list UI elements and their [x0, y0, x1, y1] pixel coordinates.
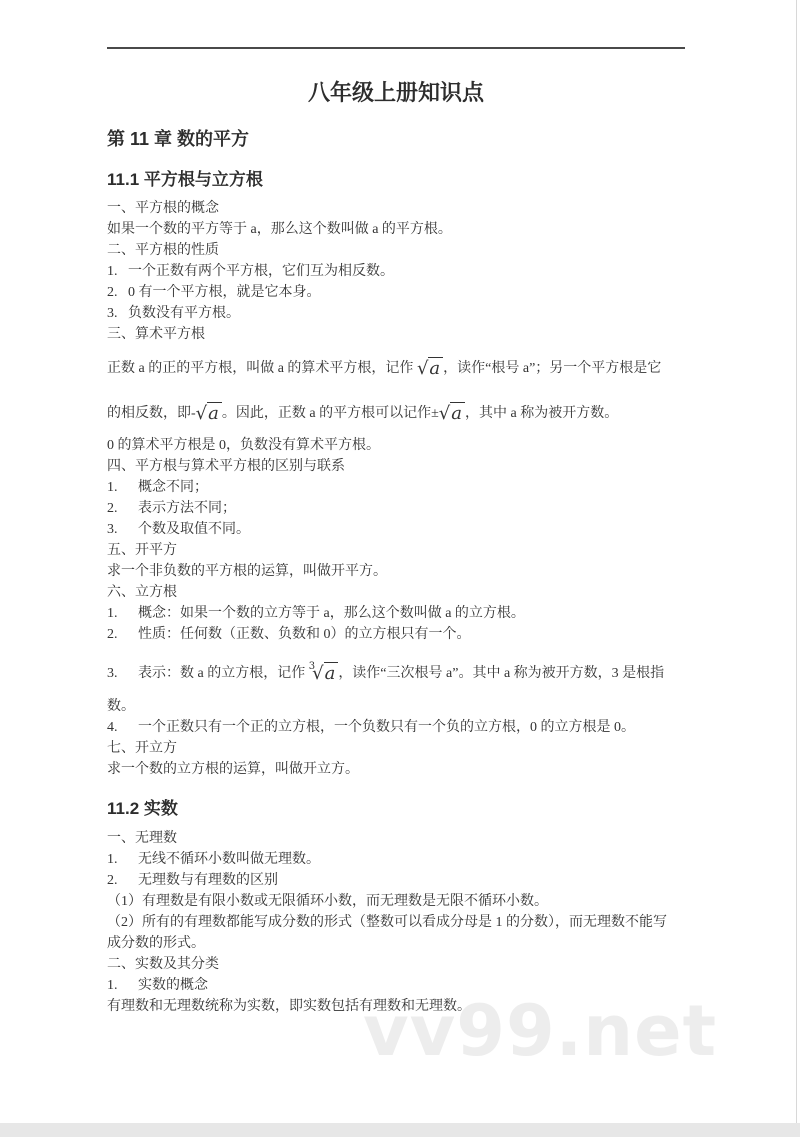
text-line: 四、平方根与算术平方根的区别与联系	[107, 456, 685, 477]
text-segment: ，读作“根号 a”；另一个平方根是它	[443, 361, 661, 376]
text-line: 2.性质：任何数（正数、负数和 0）的立方根只有一个。	[107, 624, 685, 645]
text-line: （2）所有的有理数都能写成分数的形式（整数可以看成分母是 1 的分数），而无理数…	[107, 912, 685, 933]
text-line: （1）有理数是有限小数或无限循环小数，而无理数是无限不循环小数。	[107, 891, 685, 912]
cube-root-formula: 3√a	[309, 663, 339, 684]
text-segment: 如果一个数的平方等于 a，那么这个数叫做 a 的平方根。	[107, 222, 452, 237]
text-line: 一、无理数	[107, 828, 685, 849]
radicand: a	[207, 402, 222, 424]
text-segment: 三、算术平方根	[107, 327, 205, 342]
text-segment: 负数没有平方根。	[128, 306, 240, 321]
text-segment: （2）所有的有理数都能写成分数的形式（整数可以看成分母是 1 的分数），而无理数…	[107, 915, 667, 930]
text-line: 五、开平方	[107, 540, 685, 561]
text-segment: 成分数的形式。	[107, 936, 205, 951]
text-line: 三、算术平方根	[107, 324, 685, 345]
chapter-heading: 第 11 章 数的平方	[107, 128, 685, 151]
text-line: 1.实数的概念	[107, 975, 685, 996]
text-segment: 有理数和无理数统称为实数，即实数包括有理数和无理数。	[107, 999, 471, 1014]
text-segment: 五、开平方	[107, 543, 177, 558]
section-11-1-body: 一、平方根的概念如果一个数的平方等于 a，那么这个数叫做 a 的平方根。二、平方…	[107, 198, 685, 780]
square-root-formula: √a	[439, 402, 465, 424]
list-number: 3.	[107, 303, 128, 324]
text-line: 0 的算术平方根是 0，负数没有算术平方根。	[107, 435, 685, 456]
section-heading-11-1: 11.1 平方根与立方根	[107, 169, 685, 191]
text-segment: 表示方法不同；	[138, 501, 236, 516]
page-title: 八年级上册知识点	[107, 79, 685, 106]
text-segment: 性质：任何数（正数、负数和 0）的立方根只有一个。	[138, 627, 471, 642]
text-segment: 。因此，正数 a 的平方根可以记作±	[222, 406, 439, 421]
text-segment: 无线不循环小数叫做无理数。	[138, 852, 320, 867]
text-line: 4.一个正数只有一个正的立方根，一个负数只有一个负的立方根，0 的立方根是 0。	[107, 717, 685, 738]
list-number: 1.	[107, 603, 138, 624]
text-segment: 一、无理数	[107, 831, 177, 846]
list-number: 1.	[107, 477, 138, 498]
text-segment: 一个正数有两个平方根，它们互为相反数。	[128, 264, 394, 279]
radical-icon: √	[439, 403, 450, 424]
text-line: 求一个数的立方根的运算，叫做开立方。	[107, 759, 685, 780]
list-number: 3.	[107, 652, 138, 696]
text-segment: 二、实数及其分类	[107, 957, 219, 972]
footer-strip	[0, 1123, 800, 1137]
text-line: 正数 a 的正的平方根，叫做 a 的算术平方根，记作 √a，读作“根号 a”；另…	[107, 348, 685, 390]
text-segment: 求一个数的立方根的运算，叫做开立方。	[107, 762, 359, 777]
text-segment: 七、开立方	[107, 741, 177, 756]
text-line: 2.表示方法不同；	[107, 498, 685, 519]
text-line: 六、立方根	[107, 582, 685, 603]
list-number: 2.	[107, 870, 138, 891]
text-line: 1.概念不同；	[107, 477, 685, 498]
text-line: 数。	[107, 696, 685, 717]
text-line: 3.表示：数 a 的立方根，记作 3√a，读作“三次根号 a”。其中 a 称为被…	[107, 648, 685, 696]
radical-icon: √	[196, 403, 207, 424]
text-line: 求一个非负数的平方根的运算，叫做开平方。	[107, 561, 685, 582]
list-number: 2.	[107, 498, 138, 519]
page-right-edge	[796, 0, 797, 1123]
document-page: vv99.net 八年级上册知识点 第 11 章 数的平方 11.1 平方根与立…	[0, 0, 800, 1137]
text-segment: 概念：如果一个数的立方等于 a，那么这个数叫做 a 的立方根。	[138, 606, 525, 621]
text-line: 二、平方根的性质	[107, 240, 685, 261]
radical-icon: √	[417, 358, 428, 379]
list-number: 3.	[107, 519, 138, 540]
text-segment: 表示：数 a 的立方根，记作	[138, 666, 309, 681]
text-line: 成分数的形式。	[107, 933, 685, 954]
square-root-formula: √a	[417, 357, 443, 379]
text-segment: （1）有理数是有限小数或无限循环小数，而无理数是无限不循环小数。	[107, 894, 548, 909]
list-number: 1.	[107, 849, 138, 870]
list-number: 2.	[107, 624, 138, 645]
list-number: 4.	[107, 717, 138, 738]
text-segment: 个数及取值不同。	[138, 522, 250, 537]
text-segment: 六、立方根	[107, 585, 177, 600]
top-divider	[107, 47, 685, 49]
text-line: 二、实数及其分类	[107, 954, 685, 975]
page-content: 八年级上册知识点 第 11 章 数的平方 11.1 平方根与立方根 一、平方根的…	[107, 0, 685, 1017]
text-segment: 实数的概念	[138, 978, 208, 993]
text-segment: 无理数与有理数的区别	[138, 873, 278, 888]
text-segment: 一、平方根的概念	[107, 201, 219, 216]
text-line: 1.概念：如果一个数的立方等于 a，那么这个数叫做 a 的立方根。	[107, 603, 685, 624]
radicand: a	[324, 662, 339, 684]
section-heading-11-2: 11.2 实数	[107, 798, 685, 820]
text-segment: ，其中 a 称为被开方数。	[465, 406, 618, 421]
section-11-2-body: 一、无理数1.无线不循环小数叫做无理数。2.无理数与有理数的区别（1）有理数是有…	[107, 828, 685, 1017]
text-segment: 一个正数只有一个正的立方根，一个负数只有一个负的立方根，0 的立方根是 0。	[138, 720, 635, 735]
text-line: 2.0 有一个平方根，就是它本身。	[107, 282, 685, 303]
root-index: 3	[309, 661, 315, 672]
radicand: a	[450, 402, 465, 424]
text-line: 的相反数，即-√a。因此，正数 a 的平方根可以记作±√a，其中 a 称为被开方…	[107, 393, 685, 435]
text-segment: 四、平方根与算术平方根的区别与联系	[107, 459, 345, 474]
text-line: 2.无理数与有理数的区别	[107, 870, 685, 891]
text-line: 七、开立方	[107, 738, 685, 759]
square-root-formula: √a	[196, 402, 222, 424]
text-segment: 0 的算术平方根是 0，负数没有算术平方根。	[107, 438, 380, 453]
text-segment: 0 有一个平方根，就是它本身。	[128, 285, 321, 300]
text-line: 1.一个正数有两个平方根，它们互为相反数。	[107, 261, 685, 282]
text-line: 1.无线不循环小数叫做无理数。	[107, 849, 685, 870]
text-segment: ，读作“三次根号 a”。其中 a 称为被开方数，3 是根指	[338, 666, 664, 681]
text-line: 3.个数及取值不同。	[107, 519, 685, 540]
text-segment: 的相反数，即-	[107, 406, 196, 421]
radicand: a	[428, 357, 443, 379]
text-line: 3.负数没有平方根。	[107, 303, 685, 324]
list-number: 1.	[107, 261, 128, 282]
text-segment: 正数 a 的正的平方根，叫做 a 的算术平方根，记作	[107, 361, 417, 376]
text-segment: 概念不同；	[138, 480, 208, 495]
list-number: 2.	[107, 282, 128, 303]
text-segment: 数。	[107, 699, 135, 714]
text-line: 有理数和无理数统称为实数，即实数包括有理数和无理数。	[107, 996, 685, 1017]
text-segment: 二、平方根的性质	[107, 243, 219, 258]
list-number: 1.	[107, 975, 138, 996]
text-line: 如果一个数的平方等于 a，那么这个数叫做 a 的平方根。	[107, 219, 685, 240]
text-line: 一、平方根的概念	[107, 198, 685, 219]
text-segment: 求一个非负数的平方根的运算，叫做开平方。	[107, 564, 387, 579]
